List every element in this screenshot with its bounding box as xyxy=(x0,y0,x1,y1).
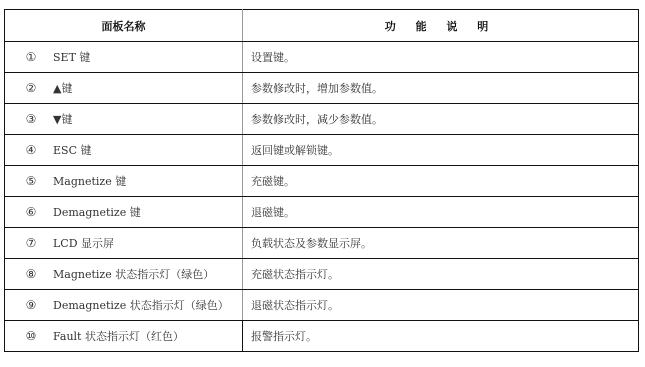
table-row: ②▲键 参数修改时，增加参数值。 xyxy=(5,73,639,104)
row-number: ① xyxy=(21,50,41,64)
panel-name-cell: ⑨Demagnetize 状态指示灯（绿色） xyxy=(5,290,243,321)
function-description: 充磁键。 xyxy=(243,173,638,189)
row-number: ④ xyxy=(21,143,41,157)
function-description: 设置键。 xyxy=(243,49,638,65)
function-description: 退磁键。 xyxy=(243,204,638,220)
row-number: ⑨ xyxy=(21,298,41,312)
panel-name: Fault 状态指示灯（红色） xyxy=(53,328,184,344)
row-number: ⑩ xyxy=(21,329,41,343)
description-cell: 负载状态及参数显示屏。 xyxy=(243,228,639,259)
panel-name: Magnetize 键 xyxy=(53,173,126,189)
panel-name-cell: ④ESC 键 xyxy=(5,135,243,166)
panel-name-cell: ⑧Magnetize 状态指示灯（绿色） xyxy=(5,259,243,290)
panel-function-table: 面板名称 功 能 说 明 ①SET 键 设置键。 ②▲键 参数修改时，增加参数值… xyxy=(4,9,639,352)
function-description: 报警指示灯。 xyxy=(243,328,638,344)
description-cell: 充磁状态指示灯。 xyxy=(243,259,639,290)
table-row: ⑧Magnetize 状态指示灯（绿色） 充磁状态指示灯。 xyxy=(5,259,639,290)
description-cell: 参数修改时，减少参数值。 xyxy=(243,104,639,135)
table-row: ⑨Demagnetize 状态指示灯（绿色） 退磁状态指示灯。 xyxy=(5,290,639,321)
function-description: 充磁状态指示灯。 xyxy=(243,266,638,282)
row-number: ⑤ xyxy=(21,174,41,188)
function-description: 返回键或解锁键。 xyxy=(243,142,638,158)
panel-name: SET 键 xyxy=(53,49,90,65)
panel-name: LCD 显示屏 xyxy=(53,235,114,251)
function-description: 参数修改时，减少参数值。 xyxy=(243,111,638,127)
panel-name-cell: ⑦LCD 显示屏 xyxy=(5,228,243,259)
panel-name-cell: ③▼键 xyxy=(5,104,243,135)
description-cell: 退磁键。 xyxy=(243,197,639,228)
row-number: ⑥ xyxy=(21,205,41,219)
table-row: ⑩Fault 状态指示灯（红色） 报警指示灯。 xyxy=(5,321,639,352)
panel-name: Demagnetize 键 xyxy=(53,204,141,220)
table-row: ①SET 键 设置键。 xyxy=(5,42,639,73)
function-description: 负载状态及参数显示屏。 xyxy=(243,235,638,251)
table-row: ④ESC 键 返回键或解锁键。 xyxy=(5,135,639,166)
panel-name-cell: ⑩Fault 状态指示灯（红色） xyxy=(5,321,243,352)
row-number: ② xyxy=(21,81,41,95)
panel-name-cell: ①SET 键 xyxy=(5,42,243,73)
table-row: ③▼键 参数修改时，减少参数值。 xyxy=(5,104,639,135)
row-number: ③ xyxy=(21,112,41,126)
panel-name-cell: ⑥Demagnetize 键 xyxy=(5,197,243,228)
panel-name: ▼键 xyxy=(53,111,72,127)
table-row: ⑥Demagnetize 键 退磁键。 xyxy=(5,197,639,228)
header-function-description-text: 功 能 说 明 xyxy=(385,20,497,33)
panel-name-cell: ⑤Magnetize 键 xyxy=(5,166,243,197)
panel-name: Demagnetize 状态指示灯（绿色） xyxy=(53,297,229,313)
function-description: 参数修改时，增加参数值。 xyxy=(243,80,638,96)
description-cell: 设置键。 xyxy=(243,42,639,73)
description-cell: 返回键或解锁键。 xyxy=(243,135,639,166)
table-row: ⑤Magnetize 键 充磁键。 xyxy=(5,166,639,197)
table-row: ⑦LCD 显示屏 负载状态及参数显示屏。 xyxy=(5,228,639,259)
row-number: ⑧ xyxy=(21,267,41,281)
header-function-description: 功 能 说 明 xyxy=(243,10,639,42)
function-description: 退磁状态指示灯。 xyxy=(243,297,638,313)
row-number: ⑦ xyxy=(21,236,41,250)
table-header-row: 面板名称 功 能 说 明 xyxy=(5,10,639,42)
panel-name: Magnetize 状态指示灯（绿色） xyxy=(53,266,214,282)
description-cell: 退磁状态指示灯。 xyxy=(243,290,639,321)
panel-name: ▲键 xyxy=(53,80,72,96)
panel-name: ESC 键 xyxy=(53,142,91,158)
description-cell: 充磁键。 xyxy=(243,166,639,197)
panel-name-cell: ②▲键 xyxy=(5,73,243,104)
description-cell: 报警指示灯。 xyxy=(243,321,639,352)
description-cell: 参数修改时，增加参数值。 xyxy=(243,73,639,104)
header-panel-name: 面板名称 xyxy=(5,10,243,42)
